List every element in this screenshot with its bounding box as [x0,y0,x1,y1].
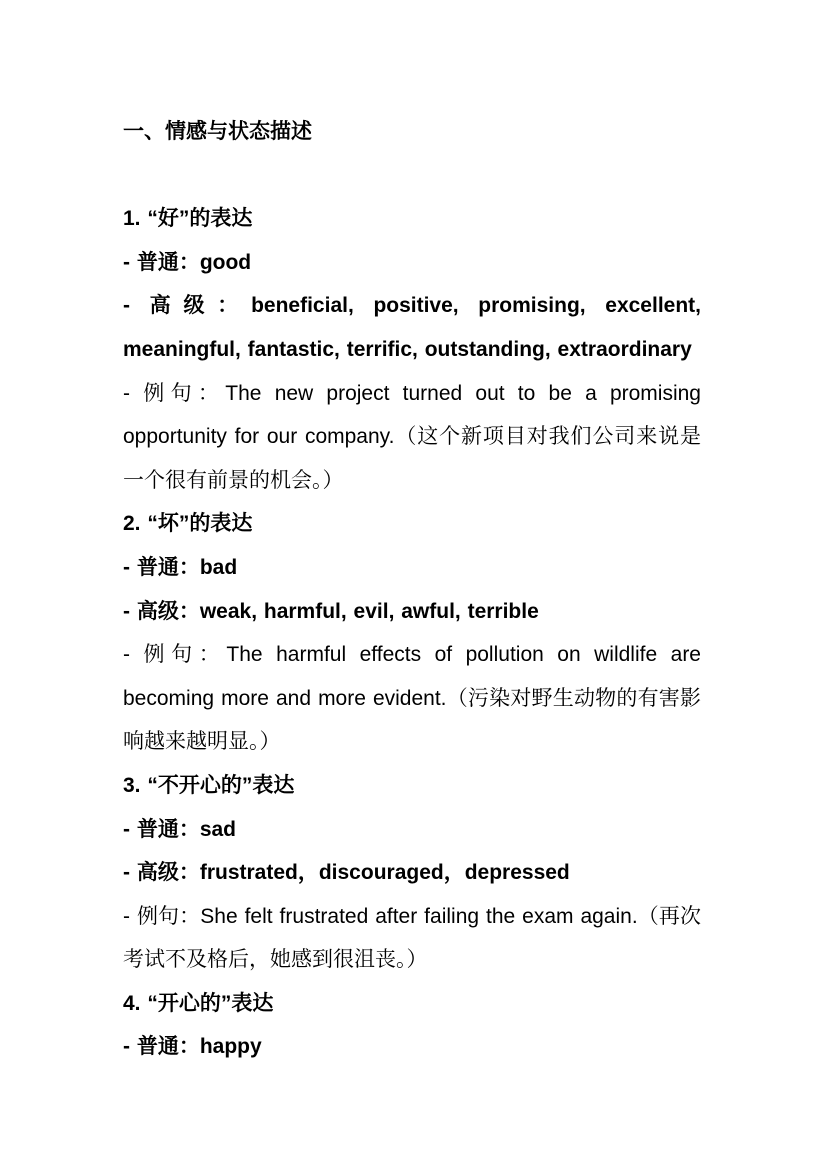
vocab-line: - 例句：She felt frustrated after failing t… [123,895,701,982]
document-body: 一、情感与状态描述1. “好”的表达- 普通：good- 高级：benefici… [123,110,701,1069]
vocab-line: - 例句：The new project turned out to be a … [123,372,701,503]
vocab-line: - 高级：frustrated，discouraged，depressed [123,851,701,895]
subsection-heading: 3. “不开心的”表达 [123,764,701,808]
vocab-line: - 高级：weak, harmful, evil, awful, terribl… [123,590,701,634]
vocab-line: - 普通：happy [123,1025,701,1069]
subsection-heading: 2. “坏”的表达 [123,502,701,546]
vocab-line: - 普通：bad [123,546,701,590]
vocab-line: - 普通：sad [123,808,701,852]
vocab-line: - 高级：beneficial, positive, promising, ex… [123,284,701,371]
vocab-line: - 例句：The harmful effects of pollution on… [123,633,701,764]
vocab-line: - 普通：good [123,241,701,285]
subsection-heading: 1. “好”的表达 [123,197,701,241]
section-heading: 一、情感与状态描述 [123,110,701,154]
document-page: 一、情感与状态描述1. “好”的表达- 普通：good- 高级：benefici… [0,0,826,1169]
subsection-heading: 4. “开心的”表达 [123,982,701,1026]
